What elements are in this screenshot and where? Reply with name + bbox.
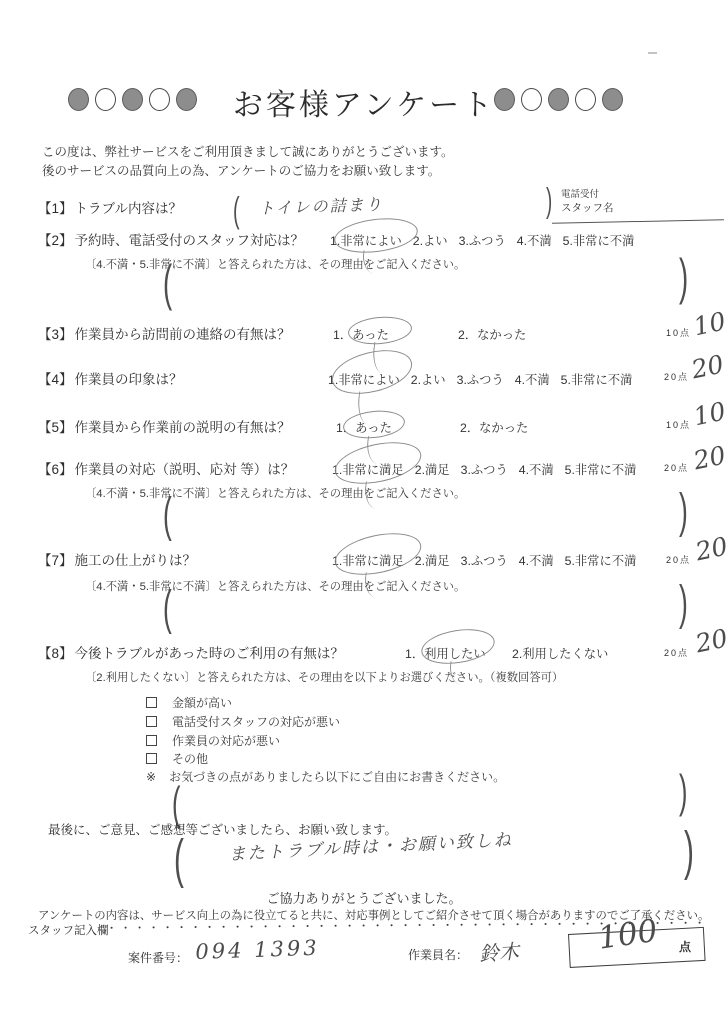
q6-option-4: 4.不満 bbox=[519, 463, 554, 477]
decorative-circle-filled bbox=[602, 88, 623, 111]
q8-checkbox-label-1: 金額が高い bbox=[172, 696, 232, 710]
question-6: 【6】作業員の対応（説明、応対 等）は？ bbox=[38, 458, 294, 478]
question-7-text: 施工の仕上がりは？ bbox=[75, 553, 197, 568]
decorative-circle-filled bbox=[548, 88, 569, 111]
q2-option-4: 4.不満 bbox=[517, 234, 552, 248]
worker-name-handwritten: 鈴木 bbox=[478, 935, 520, 967]
question-5: 【5】作業員から作業前の説明の有無は？ bbox=[38, 416, 291, 436]
q4-option-3: 3.ふつう bbox=[457, 373, 504, 387]
question-2-number: 【2】 bbox=[38, 233, 73, 248]
question-3: 【3】作業員から訪問前の連絡の有無は？ bbox=[38, 323, 291, 343]
answer-circle-q3 bbox=[347, 314, 413, 346]
decorative-circle-outline bbox=[95, 88, 116, 111]
decorative-circle-filled bbox=[122, 88, 143, 111]
decorative-circle-filled bbox=[68, 88, 89, 111]
q2-option-3: 3.ふつう bbox=[459, 234, 506, 248]
question-4-text: 作業員の印象は？ bbox=[75, 372, 183, 387]
checkbox-icon bbox=[146, 735, 157, 746]
decorative-circle-outline bbox=[521, 88, 542, 111]
q8-option-2: 2.利用したくない bbox=[512, 644, 608, 662]
q6-option-2: 2.満足 bbox=[415, 463, 450, 477]
case-number-label: 案件番号： bbox=[128, 949, 188, 966]
q5-score-label: 10点 bbox=[666, 418, 691, 431]
intro-line2: 後のサービスの品質向上の為、アンケートのご協力をお願い致します。 bbox=[42, 162, 454, 181]
title-circles-right bbox=[494, 88, 623, 111]
q8-checkbox-label-4: その他 bbox=[172, 752, 208, 766]
q7-score-handwritten: 20 bbox=[693, 531, 728, 566]
question-1: 【1】トラブル内容は？ bbox=[38, 197, 182, 217]
q6-score-label: 20点 bbox=[664, 461, 689, 474]
q7-reason-open-paren: ( bbox=[163, 585, 172, 633]
question-6-text: 作業員の対応（説明、応対 等）は？ bbox=[75, 462, 295, 477]
phone-staff-block: 電話受付 スタッフ名 bbox=[561, 188, 614, 216]
thanks-text: ご協力ありがとうございました。 bbox=[0, 888, 728, 907]
q4-option-4: 4.不満 bbox=[515, 373, 550, 387]
q3-score-handwritten: 10 bbox=[691, 306, 728, 341]
q1-handwritten-answer: トイレの詰まり bbox=[258, 192, 384, 219]
q7-score-label: 20点 bbox=[666, 553, 691, 566]
q8-score-handwritten: 20 bbox=[693, 623, 728, 658]
question-7-note: 〔4.不満・5.非常に不満〕と答えられた方は、その理由をご記入ください。 bbox=[85, 578, 465, 594]
comment-open-paren: ( bbox=[174, 832, 184, 886]
scan-artifact bbox=[648, 52, 657, 54]
question-8-note: 〔2.利用したくない〕と答えられた方は、その理由を以下よりお選びください。（複数… bbox=[85, 669, 563, 685]
q2-option-2: 2.よい bbox=[413, 234, 448, 248]
question-5-number: 【5】 bbox=[38, 420, 73, 435]
q7-option-3: 3.ふつう bbox=[461, 554, 508, 568]
q4-score-label: 20点 bbox=[664, 370, 689, 383]
q8-checkbox-row-2: 電話受付スタッフの対応が悪い bbox=[146, 713, 340, 730]
q8-free-note-row: ※お気づきの点がありましたら以下にご自由にお書きください。 bbox=[146, 768, 505, 785]
intro-text: この度は、弊社サービスをご利用頂きまして誠にありがとうございます。 後のサービス… bbox=[42, 143, 454, 182]
question-5-text: 作業員から作業前の説明の有無は？ bbox=[75, 420, 291, 435]
checkbox-icon bbox=[146, 753, 157, 764]
staff-entry-label: スタッフ記入欄 bbox=[28, 922, 109, 938]
reference-mark-icon: ※ bbox=[146, 770, 156, 784]
question-3-text: 作業員から訪問前の連絡の有無は？ bbox=[75, 327, 291, 342]
page-title: お客様アンケート bbox=[233, 80, 495, 124]
q1-open-paren: ( bbox=[233, 192, 240, 228]
question-2-note: 〔4.不満・5.非常に不満〕と答えられた方は、その理由をご記入ください。 bbox=[85, 256, 465, 272]
q8-checkbox-label-2: 電話受付スタッフの対応が悪い bbox=[172, 715, 340, 729]
q2-option-5: 5.非常に不満 bbox=[563, 234, 635, 248]
decorative-circle-outline bbox=[575, 88, 596, 111]
question-6-note: 〔4.不満・5.非常に不満〕と答えられた方は、その理由をご記入ください。 bbox=[85, 485, 465, 501]
score-box-unit: 点 bbox=[679, 938, 691, 955]
question-3-number: 【3】 bbox=[38, 327, 73, 342]
q6-option-5: 5.非常に不満 bbox=[565, 463, 637, 477]
q6-option-3: 3.ふつう bbox=[461, 463, 508, 477]
survey-sheet: お客様アンケート この度は、弊社サービスをご利用頂きまして誠にありがとうございま… bbox=[0, 0, 728, 1029]
question-1-number: 【1】 bbox=[38, 201, 73, 216]
q3-option-2: 2．なかった bbox=[458, 325, 526, 343]
intro-line1: この度は、弊社サービスをご利用頂きまして誠にありがとうございます。 bbox=[42, 143, 454, 162]
q3-score-label: 10点 bbox=[666, 326, 691, 339]
q7-option-2: 2.満足 bbox=[415, 554, 450, 568]
decorative-circle-filled bbox=[494, 88, 515, 111]
case-number-handwritten: 094 1393 bbox=[195, 936, 320, 964]
checkbox-icon bbox=[146, 716, 157, 727]
q8-free-close-paren: ) bbox=[679, 768, 687, 814]
title-circles-left bbox=[68, 88, 197, 111]
q7-option-5: 5.非常に不満 bbox=[565, 554, 637, 568]
question-6-number: 【6】 bbox=[38, 462, 73, 477]
worker-name-label: 作業員名： bbox=[408, 946, 468, 963]
comment-close-paren: ) bbox=[684, 824, 694, 878]
q6-score-handwritten: 20 bbox=[691, 440, 728, 475]
question-7-number: 【7】 bbox=[38, 553, 73, 568]
q8-free-note: お気づきの点がありましたら以下にご自由にお書きください。 bbox=[169, 770, 505, 784]
q8-checkbox-label-3: 作業員の対応が悪い bbox=[172, 734, 280, 748]
question-4: 【4】作業員の印象は？ bbox=[38, 368, 183, 388]
q6-reason-open-paren: ( bbox=[163, 492, 172, 540]
q8-checkbox-row-3: 作業員の対応が悪い bbox=[146, 732, 280, 749]
decorative-circle-filled bbox=[176, 88, 197, 111]
q4-option-2: 2.よい bbox=[411, 373, 446, 387]
phone-staff-underline bbox=[552, 219, 724, 224]
q6-reason-close-paren: ) bbox=[679, 488, 688, 536]
decorative-circle-outline bbox=[149, 88, 170, 111]
q4-score-handwritten: 20 bbox=[689, 349, 726, 384]
q5-score-handwritten: 10 bbox=[691, 396, 728, 431]
q7-option-4: 4.不満 bbox=[519, 554, 554, 568]
question-8-number: 【8】 bbox=[38, 646, 73, 661]
question-8-text: 今後トラブルがあった時のご利用の有無は？ bbox=[75, 646, 344, 661]
question-1-text: トラブル内容は？ bbox=[75, 201, 182, 216]
q8-score-label: 20点 bbox=[664, 646, 689, 659]
checkbox-icon bbox=[146, 697, 157, 708]
phone-staff-line1: 電話受付 bbox=[561, 188, 614, 201]
q8-checkbox-row-1: 金額が高い bbox=[146, 694, 232, 711]
phone-staff-line2: スタッフ名 bbox=[561, 201, 614, 216]
question-8: 【8】今後トラブルがあった時のご利用の有無は？ bbox=[38, 642, 344, 662]
q4-option-5: 5.非常に不満 bbox=[561, 373, 633, 387]
q7-reason-close-paren: ) bbox=[679, 580, 688, 628]
phone-staff-bracket: ) bbox=[546, 184, 552, 218]
q2-reason-open-paren: ( bbox=[163, 258, 172, 308]
q8-checkbox-row-4: その他 bbox=[146, 750, 208, 767]
question-2: 【2】予約時、電話受付のスタッフ対応は？ bbox=[38, 229, 304, 249]
question-2-text: 予約時、電話受付のスタッフ対応は？ bbox=[75, 233, 305, 248]
q2-reason-close-paren: ) bbox=[679, 252, 688, 302]
q5-option-2: 2．なかった bbox=[460, 418, 528, 436]
question-4-number: 【4】 bbox=[38, 372, 73, 387]
question-7: 【7】施工の仕上がりは？ bbox=[38, 549, 196, 569]
answer-circle-q2 bbox=[332, 214, 419, 257]
